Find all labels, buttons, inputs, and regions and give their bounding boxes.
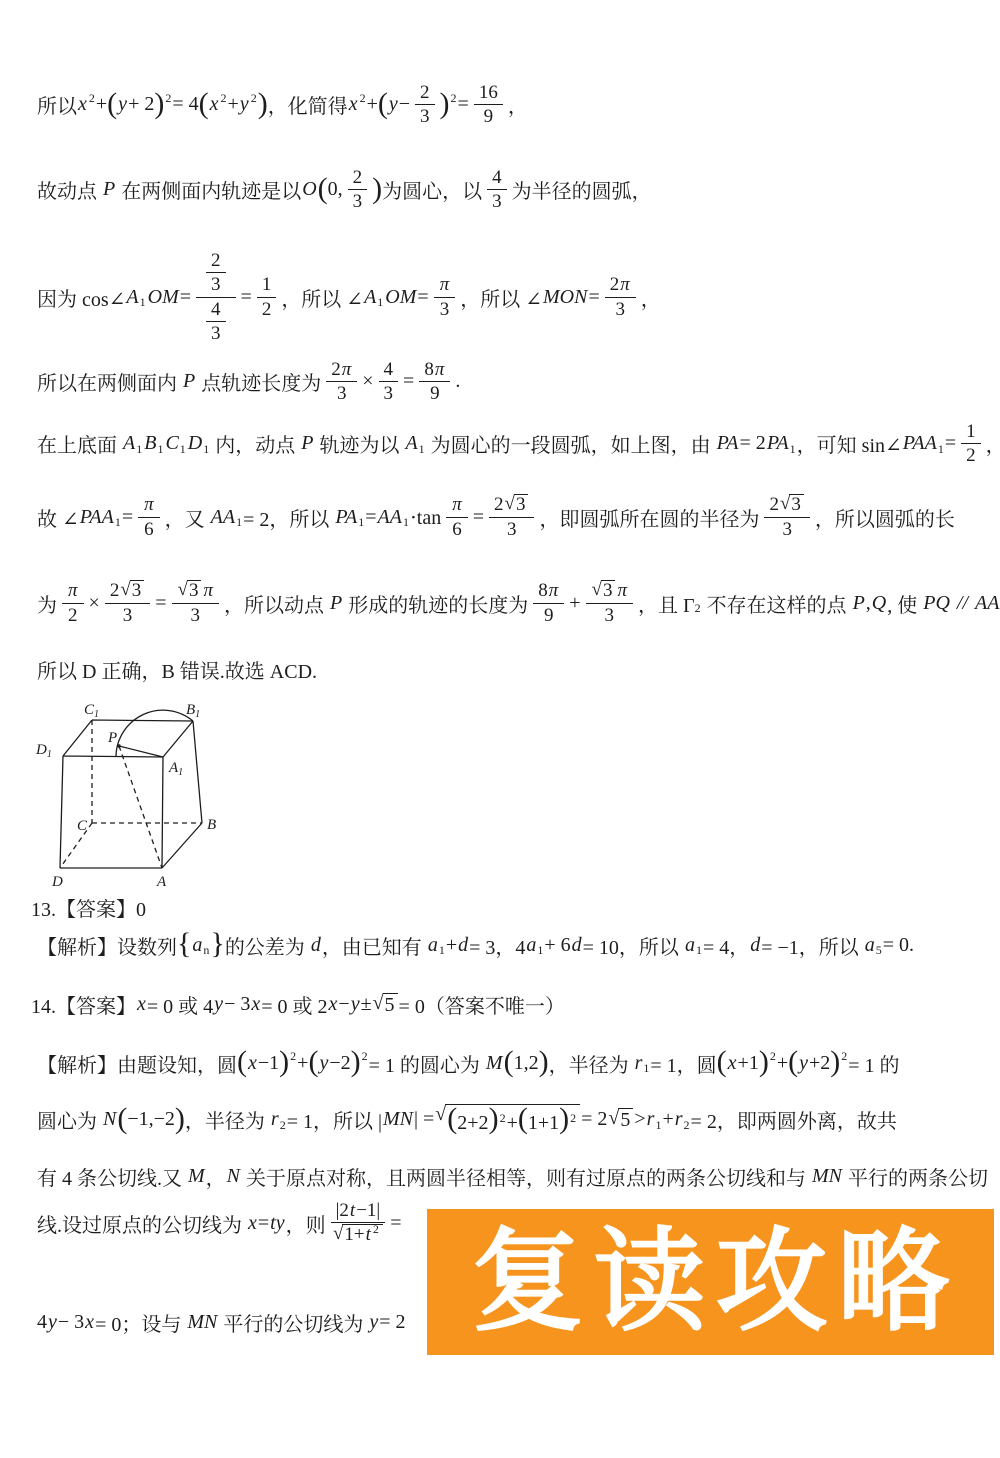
math-mv: PA: [716, 432, 740, 455]
math-mbig: (: [318, 174, 328, 204]
math-mv: r: [646, 1108, 656, 1131]
math-fraction: 23: [348, 167, 368, 213]
math-mt: −1|: [356, 1200, 380, 1221]
math-mbig: }: [210, 929, 224, 959]
math-mbig: (: [199, 89, 209, 119]
math-mbig: (: [308, 1047, 318, 1077]
math-mv: r: [270, 1108, 280, 1131]
vertex-label-A1: A1: [168, 760, 183, 778]
math-mbig: (: [447, 1102, 457, 1135]
answer-line-q13: 13.【答案】0: [31, 893, 146, 922]
math-fraction: √3π3: [586, 580, 633, 626]
math-mt: ，: [986, 429, 1000, 458]
analysis-line-q14-1: 【解析】由题设知，圆(x−1)2+(y−2)2= 1 的圆心为 M(1,2)，半…: [37, 1048, 900, 1078]
math-mt: 为圆心的一段圆弧，如上图，由: [426, 429, 716, 458]
math-mv: MN: [382, 1108, 414, 1131]
math-mv: C: [164, 432, 179, 455]
math-mv: OM: [384, 286, 417, 309]
math-mv: d: [457, 934, 469, 957]
math-mv: t: [349, 1200, 356, 1221]
solution-line-q12-6: 故 ∠PAA1=π6，又 AA1= 2，所以 PA1=AA1⋅tanπ6=2√3…: [37, 494, 955, 540]
cube-diagram: C1 B1 D1 A1 P C B D A: [30, 690, 240, 895]
math-mt: 3: [191, 605, 201, 626]
math-mt: | =: [414, 1108, 434, 1131]
math-fraction: 43: [379, 359, 399, 405]
math-mt: 5: [620, 1109, 630, 1131]
math-mt: 3: [791, 494, 801, 515]
math-mt: ×: [89, 592, 100, 615]
math-mv: y: [318, 1052, 329, 1075]
math-mt: 2: [211, 250, 221, 271]
math-fraction: π6: [138, 494, 160, 540]
math-mv: A: [122, 432, 136, 455]
math-mt: = 1 的圆心为: [369, 1049, 485, 1078]
math-msup: 2: [290, 1050, 296, 1062]
math-mt: = 1 的: [848, 1049, 899, 1078]
math-mt: = 2: [379, 1311, 405, 1334]
math-mbig: ): [258, 89, 268, 119]
math-mt: = 2，所以: [243, 503, 334, 532]
math-mv: O: [301, 178, 317, 201]
vertex-label-B1: B1: [186, 702, 200, 720]
math-mt: 6: [452, 519, 462, 540]
math-mt: 3: [615, 299, 625, 320]
math-mbig: ): [759, 1047, 769, 1077]
math-mt: +: [507, 1112, 518, 1134]
math-mt: 2: [68, 605, 78, 626]
math-mv: a: [684, 934, 696, 957]
math-mt: 在上底面: [37, 429, 122, 458]
math-msup: 2: [500, 1111, 506, 1125]
math-fraction: 43: [487, 167, 507, 213]
math-mv: x: [247, 1212, 258, 1235]
math-mbig: ): [440, 89, 450, 119]
math-mv: P: [300, 432, 314, 455]
math-mt: ，由已知有: [322, 931, 427, 960]
math-fraction: 2343: [196, 250, 236, 344]
math-mt: +1: [738, 1052, 759, 1075]
math-mt: 1+1: [528, 1112, 559, 1134]
math-mt: = 4: [172, 93, 198, 116]
math-mt: 轨迹为以: [314, 429, 404, 458]
math-msub: 1: [180, 443, 186, 455]
promo-banner: 复读攻略: [427, 1209, 994, 1355]
math-mt: 3: [384, 383, 394, 404]
math-mt: 的公差为: [225, 931, 310, 960]
math-mt: = 1，圆: [650, 1049, 716, 1078]
math-sqrt: √3: [178, 580, 202, 602]
cube-hidden-edges: [60, 720, 202, 868]
math-mt: 所以在两侧面内: [37, 367, 182, 396]
analysis-line-q14-4: 线.设过原点的公切线为 x=ty，则|2t−1|√1+t2=: [37, 1200, 402, 1246]
math-mt: ×: [362, 370, 373, 393]
math-mt: +: [777, 1052, 788, 1075]
math-mt: 3: [516, 494, 526, 515]
math-msub: 1: [643, 1062, 649, 1074]
vertex-label-B: B: [207, 817, 216, 833]
math-mt: =: [473, 506, 484, 529]
math-mt: = 1，所以 |: [287, 1105, 382, 1134]
math-mt: ，又: [165, 503, 210, 532]
math-fraction: 8π9: [533, 580, 564, 626]
math-mt: =: [241, 286, 252, 309]
math-msub: 1: [790, 443, 796, 455]
math-mt: 16: [479, 82, 498, 103]
solution-line-q12-1: 所以x2+(y+ 2)2= 4(x2+y2)，化简得x2+(y−23)2=169…: [37, 82, 528, 128]
math-mv: x: [209, 93, 220, 116]
math-msub: 5: [876, 944, 882, 956]
math-mv: t: [365, 1224, 372, 1245]
math-msup: 2: [373, 1222, 379, 1236]
math-mt: 所以: [37, 90, 77, 119]
math-msub: n: [203, 944, 209, 956]
math-mv: π: [451, 494, 463, 515]
math-mbig: (: [717, 1047, 727, 1077]
math-msub: 1: [938, 443, 944, 455]
vertex-label-C: C: [77, 818, 88, 834]
math-mt: 9: [430, 383, 440, 404]
math-sqrt: √(2+2)2+(1+1)2: [435, 1104, 580, 1135]
math-mv: PAA: [902, 432, 938, 455]
math-mv: M: [485, 1052, 504, 1075]
math-mt: −1: [258, 1052, 279, 1075]
math-msub: 1: [537, 944, 543, 956]
math-mv: PQ: [922, 592, 951, 615]
math-mt: 平行的两条公切: [843, 1162, 988, 1191]
math-mv: x: [84, 1311, 95, 1334]
math-mt: 3: [603, 580, 613, 601]
math-mv: PAA: [79, 506, 115, 529]
math-mt: 3: [211, 274, 221, 295]
vertex-label-P: P: [107, 730, 117, 746]
math-fraction: 23: [206, 250, 226, 296]
math-mt: − 3: [224, 993, 250, 1016]
math-msub: 1: [403, 516, 409, 528]
math-fraction: √3π3: [172, 580, 219, 626]
math-mt: ，所以 ∠: [460, 283, 542, 312]
math-mt: 在两侧面内轨迹是以: [116, 175, 301, 204]
math-mt: ，: [508, 90, 528, 119]
math-mt: 6: [144, 519, 154, 540]
math-fraction: 8π9: [419, 359, 450, 405]
math-mt: = 4，: [703, 931, 749, 960]
math-mt: 形成的轨迹的长度为: [343, 589, 528, 618]
math-mt: −: [338, 993, 349, 1016]
arc-on-top-face: [116, 710, 193, 756]
math-msup: 2: [221, 92, 227, 104]
page: { "page": {"background": "#ffffff", "tex…: [0, 0, 1000, 1458]
math-mt: = 0（答案不唯一）: [399, 990, 565, 1019]
math-mbig: ): [539, 1047, 549, 1077]
math-msup: 2: [362, 1050, 368, 1062]
math-mv: ty: [269, 1212, 285, 1235]
math-sqrt: √3: [505, 494, 529, 516]
math-mt: +: [96, 93, 107, 116]
math-mv: y: [213, 993, 224, 1016]
math-mv: x: [250, 993, 261, 1016]
math-msup: 2: [770, 1050, 776, 1062]
math-msup: 2: [165, 92, 171, 104]
math-mt: |2: [336, 1200, 349, 1221]
math-mv: x: [727, 1052, 738, 1075]
math-mt: 0,: [328, 178, 343, 201]
solution-line-q12-5: 在上底面 A1B1C1D1 内，动点 P 轨迹为以 A1 为圆心的一段圆弧，如上…: [37, 421, 1000, 467]
math-mt: 不存在这样的点: [702, 589, 852, 618]
math-mt: 【解析】设数列: [37, 931, 177, 960]
math-mv: a: [525, 934, 537, 957]
math-mt: ，所以动点: [224, 589, 329, 618]
math-mv: A: [125, 286, 139, 309]
math-sqrt: √3: [592, 580, 616, 602]
math-fraction: 2π3: [605, 274, 636, 320]
math-mt: = 0 或 2: [261, 990, 327, 1019]
analysis-line-q14-5: 4y− 3x= 0；设与 MN 平行的公切线为 y= 2: [37, 1308, 406, 1337]
math-mt: 3: [420, 106, 430, 127]
math-mt: 3: [492, 191, 502, 212]
answer-line-q14: 14.【答案】x= 0 或 4y− 3x= 0 或 2x−y±√5= 0（答案不…: [31, 990, 565, 1019]
math-mt: =: [122, 506, 133, 529]
math-mv: x: [348, 93, 359, 116]
math-mt: ，所以 ∠: [281, 283, 363, 312]
math-mv: π: [143, 494, 155, 515]
math-mt: 3: [440, 299, 450, 320]
math-mv: y: [798, 1052, 809, 1075]
math-mt: ，则: [286, 1209, 326, 1238]
math-msup: 2: [451, 92, 457, 104]
math-mt: = 0.: [883, 934, 914, 957]
math-mt: +: [367, 93, 378, 116]
math-mv: π: [67, 580, 79, 601]
math-mt: 内，动点: [210, 429, 300, 458]
analysis-line-q13: 【解析】设数列{an}的公差为 d，由已知有 a1+d= 3，4a1+ 6d= …: [37, 930, 914, 960]
math-mt: =: [403, 370, 414, 393]
math-sqrt: √3: [780, 494, 804, 516]
math-mv: A: [363, 286, 377, 309]
math-mv: π: [434, 359, 446, 380]
math-mt: +: [569, 592, 580, 615]
math-mv: x: [77, 93, 88, 116]
math-mv: r: [674, 1108, 684, 1131]
math-mt: 为: [37, 589, 57, 618]
math-msub: 1: [136, 443, 142, 455]
math-mt: 4: [37, 1311, 47, 1334]
math-mv: PA: [766, 432, 790, 455]
math-mt: 圆心为: [37, 1105, 102, 1134]
math-mt: 9: [484, 106, 494, 127]
math-mv: MN: [186, 1311, 218, 1334]
math-mv: P: [329, 592, 343, 615]
math-mt: 所以 D 正确，B 错误.故选 ACD.: [37, 655, 317, 684]
math-mt: ±: [361, 993, 372, 1016]
math-mv: d: [310, 934, 322, 957]
math-mt: − 3: [58, 1311, 84, 1334]
math-mv: π: [202, 580, 214, 601]
math-mt: ，半径为: [185, 1105, 270, 1134]
math-mv: x: [136, 993, 147, 1016]
math-mv: M: [187, 1165, 206, 1188]
math-mt: = 3，4: [469, 931, 525, 960]
math-mt: =: [258, 1212, 269, 1235]
math-mt: 3: [782, 519, 792, 540]
point-P-dot: [117, 744, 120, 747]
math-mt: 5: [385, 994, 395, 1016]
math-mt: 2: [331, 359, 341, 380]
math-mt: ，化简得: [268, 90, 348, 119]
math-mt: =: [390, 1212, 401, 1235]
math-mt: +: [297, 1052, 308, 1075]
math-mt: 3: [123, 605, 133, 626]
math-mt: = 0 或 4: [147, 990, 213, 1019]
math-msub: 2: [280, 1119, 286, 1131]
math-fraction: 2√33: [764, 494, 809, 540]
math-mbig: ): [154, 89, 164, 119]
math-mbig: (: [518, 1102, 528, 1135]
math-mt: ，: [641, 283, 661, 312]
math-mv: Q: [871, 592, 887, 615]
math-mv: //: [956, 592, 969, 615]
math-msup: 2: [360, 92, 366, 104]
math-mt: 3: [605, 605, 615, 626]
math-mv: OM: [147, 286, 180, 309]
math-mt: 1: [966, 421, 976, 442]
math-mv: MON: [542, 286, 588, 309]
math-mt: .: [455, 370, 460, 393]
math-mv: a: [864, 934, 876, 957]
math-sqrt: √5: [373, 993, 398, 1016]
math-mt: +: [662, 1108, 673, 1131]
math-mt: ，即圆弧所在圆的半径为: [539, 503, 759, 532]
math-mt: 2: [262, 299, 272, 320]
math-mv: y: [239, 93, 250, 116]
math-sqrt: √5: [608, 1108, 633, 1131]
math-mt: +2: [809, 1052, 830, 1075]
math-mt: = 2: [740, 432, 766, 455]
math-mt: 【解析】由题设知，圆: [37, 1049, 237, 1078]
math-mt: = 2: [581, 1108, 607, 1131]
math-mt: 1: [262, 274, 272, 295]
math-mv: y: [388, 93, 399, 116]
math-mt: +: [446, 934, 457, 957]
math-mt: 1+: [344, 1224, 364, 1245]
vertex-label-D1: D1: [35, 742, 52, 760]
math-mv: y: [47, 1311, 58, 1334]
math-mv: N: [226, 1165, 241, 1188]
math-mv: P: [102, 178, 116, 201]
math-mt: 故动点: [37, 175, 102, 204]
math-mt: 8: [424, 359, 434, 380]
math-mbig: ): [372, 174, 382, 204]
math-mt: 4: [211, 299, 221, 320]
math-mt: +: [228, 93, 239, 116]
math-fraction: 2√33: [105, 580, 150, 626]
solution-line-q12-3: 因为 cos∠A1OM=2343=12，所以 ∠A1OM=π3，所以 ∠MON=…: [37, 250, 661, 344]
math-mv: B: [143, 432, 157, 455]
math-sqrt: √3: [120, 580, 144, 602]
math-mv: x: [328, 993, 339, 1016]
cube-solid-edges: [60, 720, 202, 868]
math-mbig: ): [559, 1102, 569, 1135]
math-mv: AA: [210, 506, 236, 529]
math-mv: AA: [377, 506, 403, 529]
vertex-label-D: D: [51, 874, 63, 890]
math-mt: 3: [211, 323, 221, 344]
math-msup: 2: [841, 1050, 847, 1062]
math-mt: 8: [538, 580, 548, 601]
math-mv: P: [182, 370, 196, 393]
math-mt: =: [365, 506, 376, 529]
math-fraction: 2√33: [489, 494, 534, 540]
math-mv: x: [247, 1052, 258, 1075]
math-mbig: (: [237, 1047, 247, 1077]
math-mt: =: [155, 592, 166, 615]
math-mt: 平行的公切线为: [218, 1308, 368, 1337]
math-mt: −2: [329, 1052, 350, 1075]
math-mv: π: [619, 274, 631, 295]
math-mt: ⋅tan: [410, 505, 441, 530]
math-msub: 1: [157, 443, 163, 455]
math-mv: A: [404, 432, 418, 455]
math-mt: ，可知 sin∠: [797, 429, 902, 458]
solution-line-q12-conclusion: 所以 D 正确，B 错误.故选 ACD.: [37, 655, 317, 684]
math-mv: π: [548, 580, 560, 601]
math-fraction: π6: [446, 494, 468, 540]
solution-line-q12-2: 故动点 P 在两侧面内轨迹是以O(0,23)为圆心，以43为半径的圆弧，: [37, 167, 652, 213]
math-mv: MN: [811, 1165, 843, 1188]
math-mv: π: [439, 274, 451, 295]
math-mbig: (: [378, 89, 388, 119]
math-msub: 1: [419, 443, 425, 455]
math-msub: 1: [377, 296, 383, 308]
math-mt: , 使: [887, 589, 922, 618]
math-mbig: ): [175, 1104, 185, 1134]
math-mt: 2: [494, 494, 504, 515]
math-mt: 2: [353, 167, 363, 188]
math-mt: = 0；设与: [95, 1308, 186, 1337]
promo-banner-text: 复读攻略: [462, 1226, 960, 1338]
math-fraction: π2: [62, 580, 84, 626]
math-mv: π: [341, 359, 353, 380]
math-mt: ，且 Γ: [638, 589, 695, 618]
math-mt: =: [945, 432, 956, 455]
math-mt: 2: [420, 82, 430, 103]
math-mbig: ): [351, 1047, 361, 1077]
math-mt: 2: [110, 580, 120, 601]
math-mt: >: [634, 1108, 645, 1131]
math-fraction: π3: [434, 274, 456, 320]
math-mt: =: [417, 286, 428, 309]
math-mt: 3: [189, 580, 199, 601]
math-mt: −1,−2: [127, 1108, 175, 1131]
math-mt: 14.【答案】: [31, 990, 136, 1019]
math-mt: 为半径的圆弧，: [512, 175, 652, 204]
math-mt: = 2，即两圆外离，故共: [691, 1105, 897, 1134]
vertex-label-A: A: [156, 874, 167, 890]
math-mt: 因为 cos∠: [37, 283, 125, 312]
math-mv: a: [191, 934, 203, 957]
math-mt: ，半径为: [549, 1049, 634, 1078]
math-msub: 1: [358, 516, 364, 528]
math-mt: 2+2: [457, 1112, 488, 1134]
math-fraction: 23: [415, 82, 435, 128]
math-msup: 2: [570, 1111, 576, 1125]
math-mv: D: [187, 432, 203, 455]
math-mv: y: [350, 993, 361, 1016]
math-mt: 4: [492, 167, 502, 188]
math-msub: 1: [203, 443, 209, 455]
math-mv: d: [571, 934, 583, 957]
math-mt: = 10，所以: [583, 931, 684, 960]
math-mv: PA: [334, 506, 358, 529]
